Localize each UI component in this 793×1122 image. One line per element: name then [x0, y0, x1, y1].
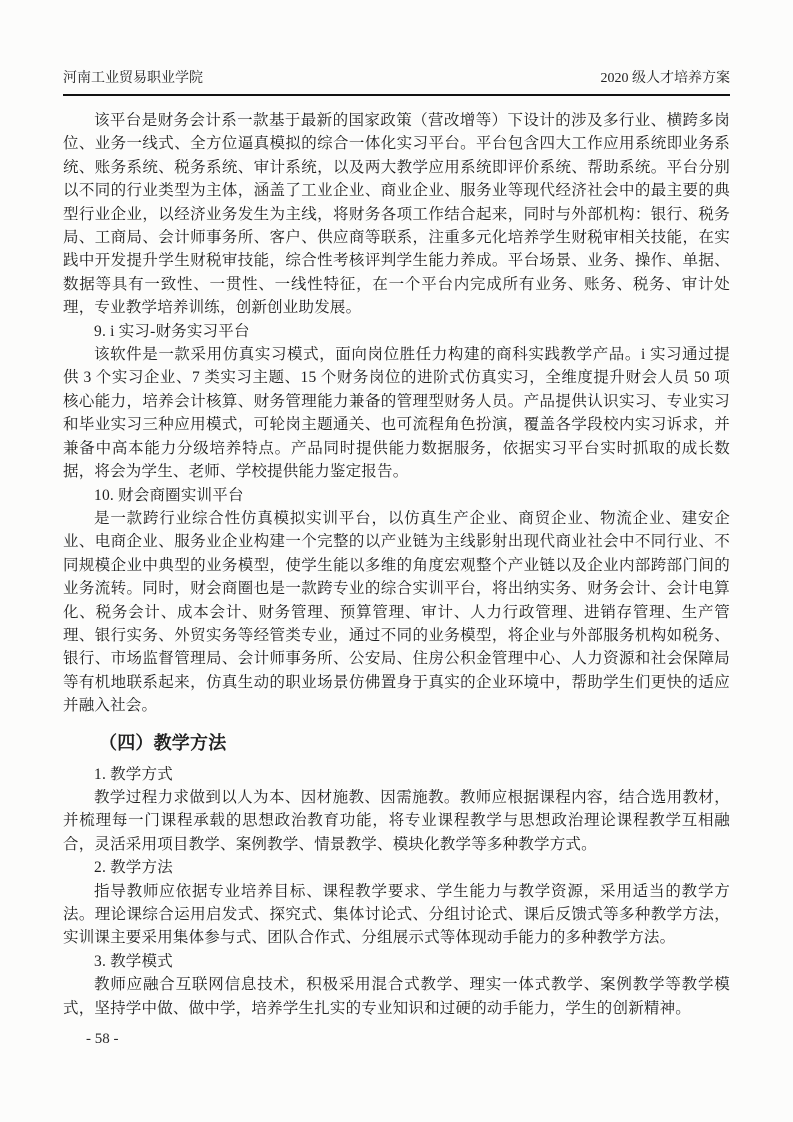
header-doc-title: 2020 级人才培养方案 — [601, 70, 731, 88]
page-number: - 58 - — [86, 1031, 119, 1048]
subheading-teaching-method-2: 2. 教学方法 — [63, 856, 730, 879]
paragraph-i-internship: 该软件是一款采用仿真实习模式，面向岗位胜任力构建的商科实践教学产品。i 实习通过… — [63, 343, 730, 483]
document-body: 该平台是财务会计系一款基于最新的国家政策（营改增等）下设计的涉及多行业、横跨多岗… — [63, 109, 730, 1020]
paragraph-teaching-method-2: 指导教师应依据专业培养目标、课程教学要求、学生能力与教学资源，采用适当的教学方法… — [63, 880, 730, 950]
paragraph-business-circle: 是一款跨行业综合性仿真模拟实训平台，以仿真生产企业、商贸企业、物流企业、建安企业… — [63, 507, 730, 718]
subheading-item-10: 10. 财会商圈实训平台 — [63, 484, 730, 507]
page-content-area: 河南工业贸易职业学院 2020 级人才培养方案 该平台是财务会计系一款基于最新的… — [0, 0, 793, 1020]
header-school-name: 河南工业贸易职业学院 — [63, 70, 203, 88]
paragraph-teaching-model-3: 教师应融合互联网信息技术，积极采用混合式教学、理实一体式教学、案例教学等教学模式… — [63, 973, 730, 1020]
section-heading-teaching-methods: （四）教学方法 — [63, 730, 730, 756]
subheading-item-9: 9. i 实习-财务实习平台 — [63, 320, 730, 343]
paragraph-teaching-mode-1: 教学过程力求做到以人为本、因材施教、因需施教。教师应根据课程内容，结合选用教材，… — [63, 786, 730, 856]
page-header: 河南工业贸易职业学院 2020 级人才培养方案 — [63, 70, 730, 94]
document-page: 河南工业贸易职业学院 2020 级人才培养方案 该平台是财务会计系一款基于最新的… — [0, 0, 793, 1122]
subheading-teaching-mode-1: 1. 教学方式 — [63, 763, 730, 786]
header-divider — [63, 94, 730, 96]
paragraph-platform-overview: 该平台是财务会计系一款基于最新的国家政策（营改增等）下设计的涉及多行业、横跨多岗… — [63, 109, 730, 320]
subheading-teaching-model-3: 3. 教学模式 — [63, 950, 730, 973]
